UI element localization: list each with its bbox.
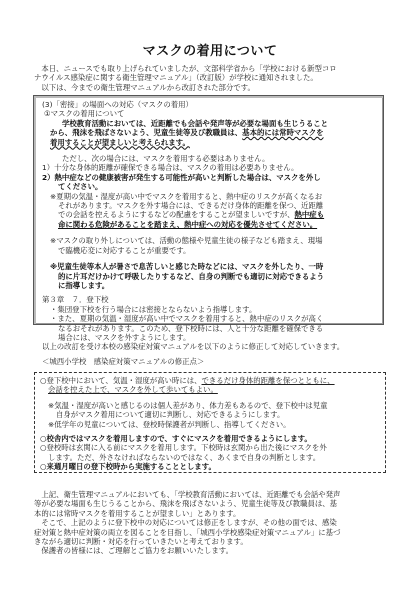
school-revisions-box: ○登下校中において、気温・湿度が高い時には、できるだけ身体的距離を保つとともに、… bbox=[34, 372, 386, 473]
revision-note: 自身がマスク着用について適切に判断し、対応できるようにします。 bbox=[40, 410, 335, 419]
intro-paragraph: 本日、ニュースでも取り上げられていましたが、文部科学省から「学校における新型コロ… bbox=[34, 64, 337, 92]
closing-line: 等が必要な場面も生じうることから、飛沫を飛ばさないよう、児童生徒等及び教職員は、… bbox=[34, 499, 340, 508]
para1-line: から、飛沫を飛ばさないよう、児童生徒等及び教職員は、基本的には常時マスクを bbox=[42, 128, 328, 137]
emphasis-text: 熱中症も bbox=[295, 210, 325, 219]
exception-2: てください。 bbox=[42, 182, 328, 191]
exceptions-intro: ただし、次の場合には、マスクを着用する必要はありません。 bbox=[42, 154, 328, 163]
note-3: 的に片耳だけかけて呼吸したりするなど、自身の判断でも適切に対応できるよう bbox=[42, 272, 328, 281]
page-title: マスクの着用について bbox=[0, 40, 420, 59]
revision-note: ※低学年の児童については、登校時保護者が判断し、指導してください。 bbox=[40, 420, 335, 429]
bullet-item: ・また、夏期の気温・湿度が高い中でマスクを着用すると、熱中症のリスクが高く bbox=[42, 314, 328, 323]
revision-item-4: ○来週月曜日の登下校時から実施することとします。 bbox=[40, 462, 335, 471]
exception-2: 2）熱中症などの健康被害が発生する可能性が高いと判断した場合は、マスクを外し bbox=[42, 173, 328, 182]
closing-line: きながら適切に判断・対応を行っていきたいと考えております。 bbox=[34, 537, 340, 546]
section-heading: (3)「密接」の場面への対応（マスクの着用） bbox=[42, 100, 328, 109]
emphasis-text: 基本的には常時マスクを bbox=[242, 128, 323, 137]
chapter-heading: 第３章 ７．登下校 bbox=[42, 295, 328, 304]
closing-line: 上記、衛生管理マニュアルにおいても、「学校教育活動においては、近距離でも会話や発… bbox=[34, 490, 340, 499]
manual-excerpt-box: (3)「密接」の場面への対応（マスクの着用） ①マスクの着用について 学校教育活… bbox=[33, 95, 384, 325]
intro-line: ナウイルス感染症に関する衛生管理マニュアル」（改訂版）が学校に通知されました。 bbox=[34, 73, 337, 82]
note-3: ※児童生徒等本人が暑さで息苦しいと感じた時などには、マスクを外したり、一時 bbox=[42, 262, 328, 271]
emphasis-text: 着用することが望ましいと考えられます。 bbox=[42, 138, 328, 147]
bullet-item: 場合には、マスクを外すようにします。 bbox=[42, 333, 328, 342]
closing-line: 症対策と熱中症対策の両立を図ることを目指し、「城西小学校感染症対策マニュアル」に… bbox=[34, 528, 340, 537]
closing-paragraph: 上記、衛生管理マニュアルにおいても、「学校教育活動においては、近距離でも会話や発… bbox=[34, 490, 340, 556]
note-1: それがあります。マスクを外す場合には、できるだけ身体的距離を保つ、近距離 bbox=[42, 201, 328, 210]
intro-line: 本日、ニュースでも取り上げられていましたが、文部科学省から「学校における新型コロ bbox=[34, 64, 337, 73]
closing-line: 保護者の皆様には、ご理解とご協力をお願いいたします。 bbox=[34, 546, 340, 555]
closing-line: そこで、上記のように登下校中の対応については修正をしますが、その他の面では、感染 bbox=[34, 518, 340, 527]
closing-line: 本的には常時マスクを着用することが望ましい」とあります。 bbox=[34, 509, 340, 518]
para1-line: 学校教育活動においては、近距離でも会話や発声等が必要な場面も生じうること bbox=[42, 119, 328, 128]
revision-note: ※気温・湿度が高いと感じるのは個人差があり、体力差もあるので、登下校中は児童 bbox=[40, 401, 335, 410]
revision-item-1: ○登下校中において、気温・湿度が高い時には、できるだけ身体的距離を保つとともに、 bbox=[40, 376, 335, 385]
transition-text: 以上の改訂を受け本校の感染症対策マニュアルを以下のように修正して対応していきます… bbox=[42, 342, 344, 351]
emphasis-text: 命に関わる危険があることを踏まえ、熱中症への対応を優先させてください。 bbox=[42, 220, 328, 229]
subsection-heading: ①マスクの着用について bbox=[42, 109, 328, 118]
revision-item-3: ○登校時は玄関に入る前にマスクを着用します。下校時は玄関から出た後にマスクを外 bbox=[40, 443, 335, 452]
bullet-item: ・集団登下校を行う場合には密接とならないよう指導します。 bbox=[42, 305, 328, 314]
note-3: に指導します。 bbox=[42, 281, 328, 290]
bullet-item: なるおそれがあります。このため、登下校時には、人と十分な距離を確保できる bbox=[42, 324, 328, 333]
revision-item-2: ○校舎内ではマスクを着用しますので、すぐにマスクを着用できるようにします。 bbox=[40, 434, 335, 443]
revision-item-3: します。ただ、外さなければならないのではなく、あくまで自身の判断とします。 bbox=[40, 453, 335, 462]
intro-line: 以下は、今までの衛生管理マニュアルから改訂された部分です。 bbox=[34, 83, 337, 92]
note-2: ※マスクの取り外しについては、活動の態様や児童生徒の様子なども踏まえ、現場 bbox=[42, 236, 328, 245]
note-1: ※夏期の気温・湿度が高い中でマスクを着用すると、熱中症のリスクが高くなるお bbox=[42, 192, 328, 201]
exception-1: 1）十分な身体的距離が確保できる場合は、マスクの着用は必要ありません。 bbox=[42, 163, 328, 172]
note-2: で臨機応変に対応することが重要です。 bbox=[42, 246, 328, 255]
note-1: での会話を控えるようにするなどの配慮をすることが望ましいですが、熱中症も bbox=[42, 210, 328, 219]
school-heading: ＜城西小学校 感染症対策マニュアルの修正点＞ bbox=[42, 357, 204, 366]
revision-item-1: 会話を控えた上で、マスクを外して歩いてもよい。 bbox=[40, 385, 335, 394]
